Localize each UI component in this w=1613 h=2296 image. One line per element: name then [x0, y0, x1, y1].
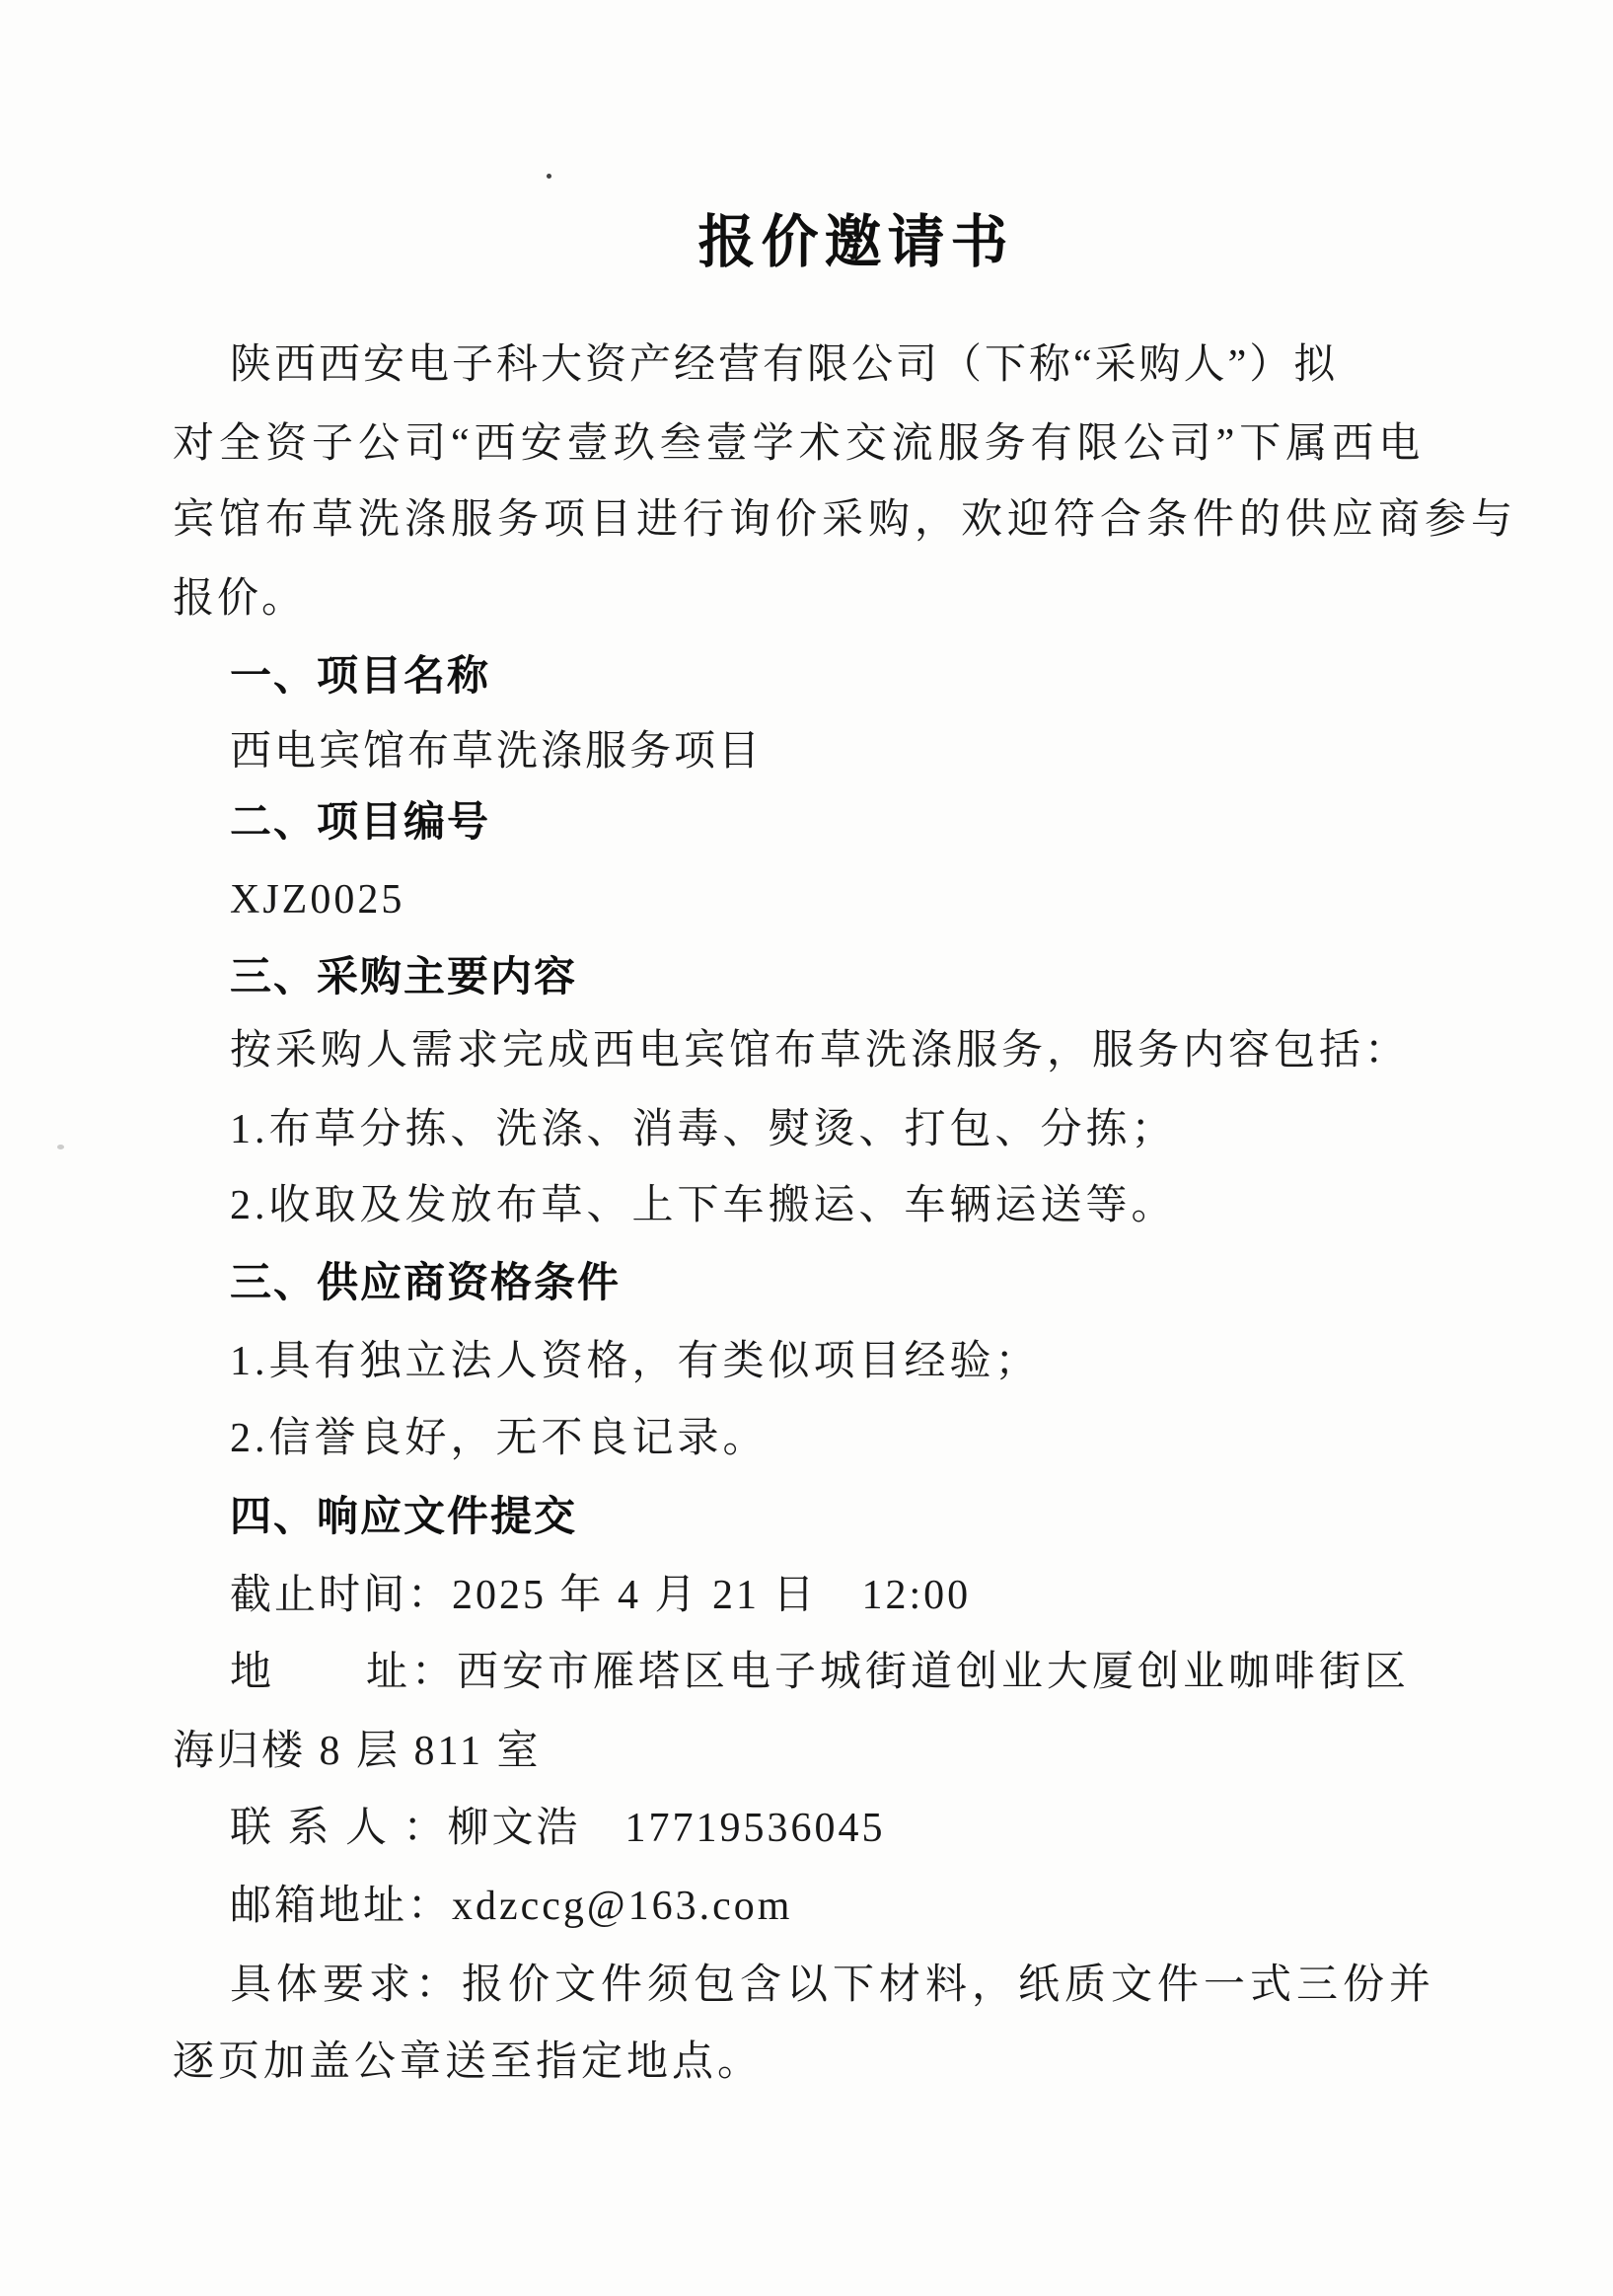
heading-response-submission: 四、响应文件提交 — [230, 1491, 577, 1542]
qualification-item-1: 1.具有独立法人资格，有类似项目经验； — [230, 1336, 1041, 1387]
intro-line-4: 报价。 — [173, 573, 306, 625]
scanned-document-page: 报价邀请书 陕西西安电子科大资产经营有限公司（下称“采购人”）拟 对全资子公司“… — [0, 0, 1613, 2296]
project-number-value: XJZ0025 — [230, 874, 404, 926]
requirements-line-1: 具体要求：报价文件须包含以下材料，纸质文件一式三份并 — [230, 1960, 1435, 2011]
intro-line-3: 宾馆布草洗涤服务项目进行询价采购，欢迎符合条件的供应商参与 — [173, 494, 1517, 546]
address-line-1: 地 址：西安市雁塔区电子城街道创业大厦创业咖啡街区 — [230, 1647, 1410, 1698]
heading-procurement-content: 三、采购主要内容 — [230, 951, 577, 1002]
procurement-content-intro: 按采购人需求完成西电宾馆布草洗涤服务，服务内容包括： — [230, 1025, 1410, 1076]
procurement-item-1: 1.布草分拣、洗涤、消毒、熨烫、打包、分拣； — [230, 1104, 1177, 1155]
contact-line: 联 系 人 ：柳文浩 17719536045 — [230, 1803, 886, 1854]
scan-speck — [547, 174, 551, 179]
intro-line-2: 对全资子公司“西安壹玖叁壹学术交流服务有限公司”下属西电 — [173, 418, 1425, 470]
intro-line-1: 陕西西安电子科大资产经营有限公司（下称“采购人”）拟 — [230, 339, 1338, 391]
project-name-value: 西电宾馆布草洗涤服务项目 — [230, 726, 763, 778]
scan-speck — [57, 1145, 64, 1149]
qualification-item-2: 2.信誉良好，无不良记录。 — [230, 1413, 769, 1464]
heading-project-name: 一、项目名称 — [230, 650, 490, 702]
address-line-2: 海归楼 8 层 811 室 — [173, 1726, 541, 1777]
page-title: 报价邀请书 — [99, 195, 1613, 278]
heading-project-number: 二、项目编号 — [230, 796, 490, 848]
heading-supplier-qualifications: 三、供应商资格条件 — [230, 1257, 621, 1308]
deadline-line: 截止时间：2025 年 4 月 21 日 12:00 — [230, 1570, 971, 1621]
requirements-line-2: 逐页加盖公章送至指定地点。 — [173, 2037, 763, 2088]
email-line: 邮箱地址：xdzccg@163.com — [230, 1881, 792, 1932]
procurement-item-2: 2.收取及发放布草、上下车搬运、车辆运送等。 — [230, 1180, 1177, 1231]
